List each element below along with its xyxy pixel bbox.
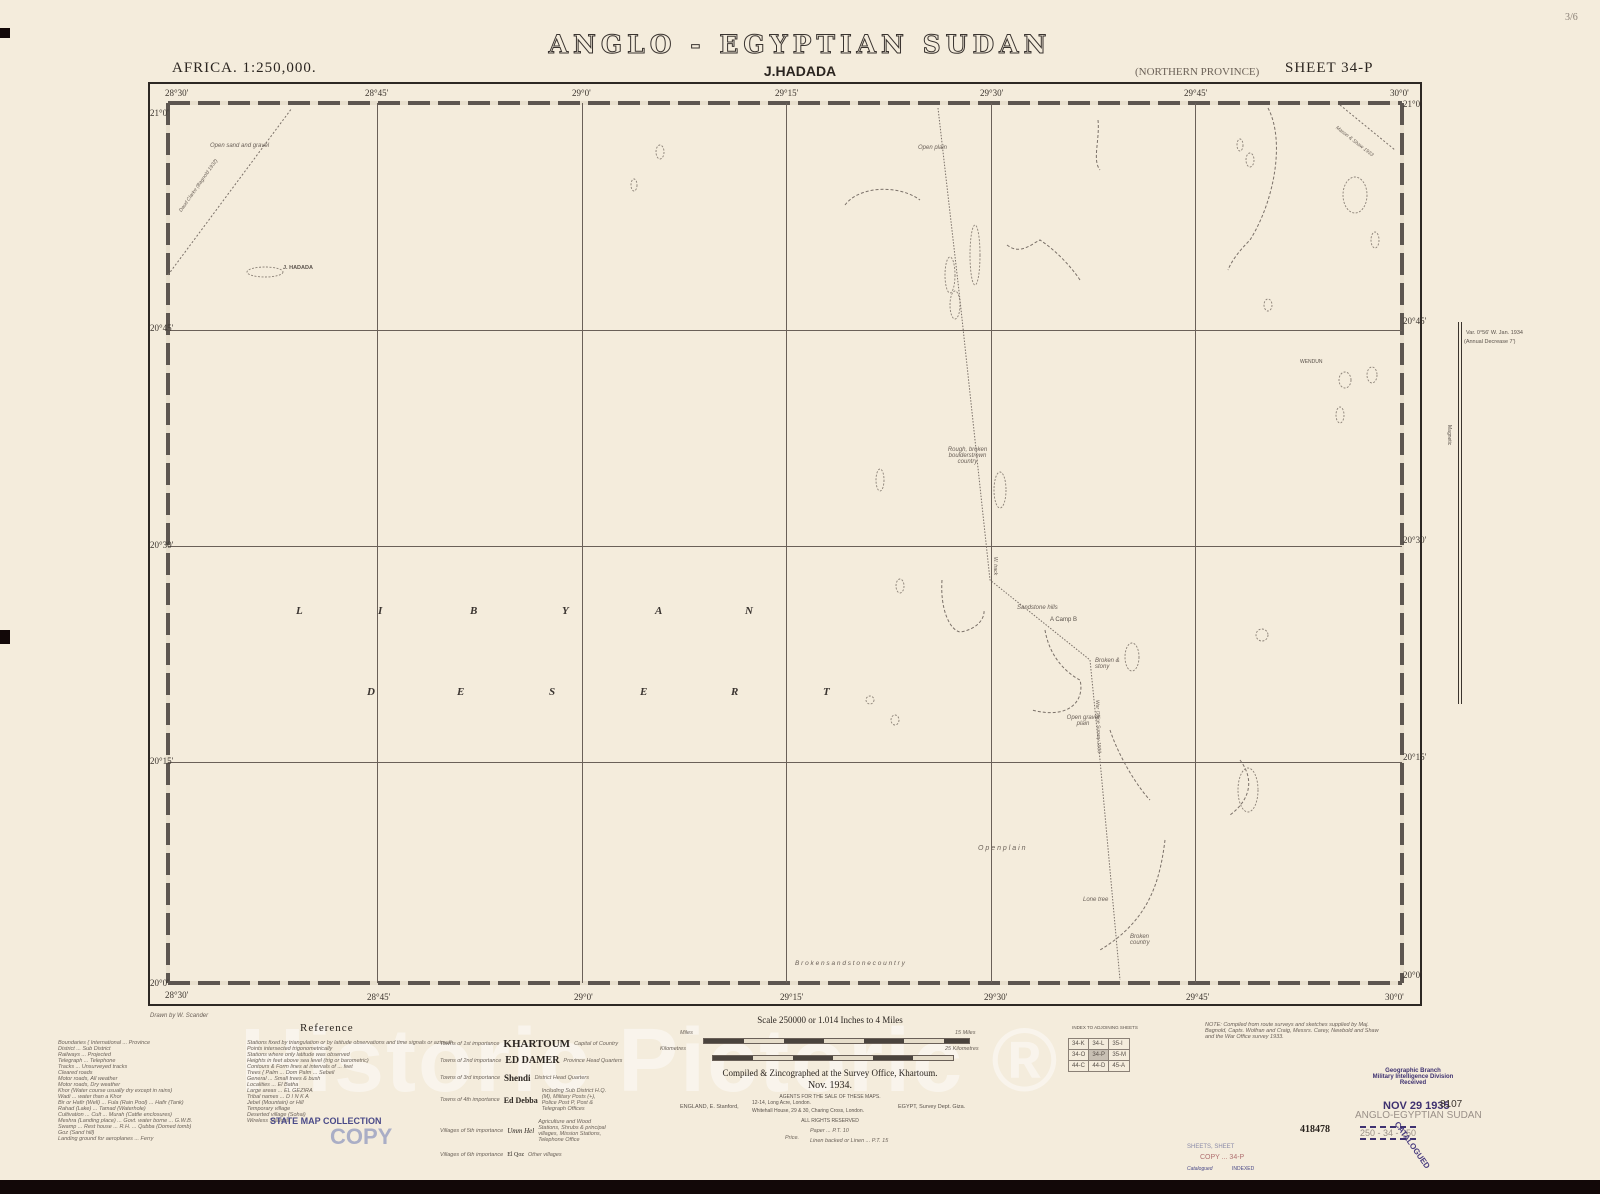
magnetic-north-arrow bbox=[1461, 322, 1462, 704]
index-title: INDEX TO ADJOINING SHEETS bbox=[1065, 1025, 1145, 1030]
indexed-label: INDEXED bbox=[1232, 1166, 1254, 1172]
place-label-hadada: J. HADADA bbox=[283, 265, 313, 271]
place-label-camp: A Camp B bbox=[1050, 617, 1077, 623]
drawn-by: Drawn by W. Scander bbox=[150, 1013, 208, 1019]
route-track bbox=[168, 108, 292, 275]
town-example: ED DAMER bbox=[505, 1055, 559, 1066]
price-paper: Paper ... P.T. 10 bbox=[810, 1128, 849, 1134]
magnetic-annual: (Annual Decrease 7') bbox=[1464, 339, 1544, 345]
terrain-label: Broken country bbox=[1130, 934, 1166, 946]
town-row: Villages of 6th importance El Qoz Other … bbox=[440, 1148, 630, 1162]
index-cell[interactable]: 34-O bbox=[1069, 1050, 1089, 1061]
route-track bbox=[938, 108, 1120, 980]
index-cell[interactable]: 34-L bbox=[1089, 1039, 1109, 1050]
index-cell[interactable]: 35-I bbox=[1109, 1039, 1130, 1050]
scale-bar-miles bbox=[703, 1038, 970, 1044]
index-cell-current[interactable]: 34-P bbox=[1089, 1050, 1109, 1061]
index-cell[interactable]: 44-D bbox=[1089, 1061, 1109, 1072]
terrain-label: Broken & stony bbox=[1095, 658, 1125, 670]
town-example: El Qoz bbox=[507, 1152, 524, 1158]
index-adjoining-sheets: 34-K 34-L 35-I 34-O 34-P 35-M 44-C 44-D … bbox=[1068, 1038, 1130, 1072]
town-example: Ed Debba bbox=[504, 1096, 538, 1105]
place-label-wendun: WENDUN bbox=[1300, 359, 1323, 365]
index-cell[interactable]: 34-K bbox=[1069, 1039, 1089, 1050]
agent-address-2: Whitehall House, 29 & 30, Charing Cross,… bbox=[752, 1108, 864, 1114]
rights-reserved: ALL RIGHTS RESERVED bbox=[660, 1118, 1000, 1124]
town-row: Villages of 5th importance Umm Hel Agric… bbox=[440, 1114, 630, 1148]
towns-legend: Towns of 1st importance KHARTOUM Capital… bbox=[440, 1035, 630, 1162]
scale-miles-label: Miles bbox=[680, 1030, 693, 1036]
receipt-stamp: Geographic Branch Military Intelligence … bbox=[1358, 1068, 1468, 1086]
compile-date: Nov. 1934. bbox=[660, 1080, 1000, 1091]
sheets-stamp: SHEETS, SHEET bbox=[1187, 1144, 1234, 1150]
legend-reference: Stations fixed by triangulation or by la… bbox=[247, 1040, 407, 1124]
town-row: Towns of 4th importance Ed Debba Includi… bbox=[440, 1086, 630, 1114]
terrain-label: O p e n p l a i n bbox=[978, 845, 1025, 852]
compiled-note: Compiled & Zincographed at the Survey Of… bbox=[660, 1068, 1000, 1078]
scale-title: Scale 250000 or 1.014 Inches to 4 Miles bbox=[700, 1015, 960, 1025]
index-cell[interactable]: 44-C bbox=[1069, 1061, 1089, 1072]
price-label: Price. bbox=[785, 1135, 799, 1141]
magnetic-label: Magnetic bbox=[1446, 425, 1452, 445]
country-stamp: ANGLO-EGYPTIAN SUDAN bbox=[1355, 1110, 1482, 1121]
index-cell[interactable]: 45-A bbox=[1109, 1061, 1130, 1072]
agent-address-1: 12-14, Long Acre, London. bbox=[752, 1100, 811, 1106]
catalogued-label: Catalogued bbox=[1187, 1166, 1213, 1172]
town-example: KHARTOUM bbox=[503, 1038, 570, 1050]
agents-title: AGENTS FOR THE SALE OF THESE MAPS. bbox=[660, 1094, 1000, 1100]
terrain-label: Rough, broken boulderstrewn country bbox=[940, 447, 995, 465]
route-label: W. track bbox=[992, 557, 998, 575]
copy-number: COPY ... 34-P bbox=[1200, 1154, 1244, 1161]
town-example: Shendi bbox=[504, 1073, 531, 1083]
agent-england: ENGLAND, E. Stanford, bbox=[680, 1104, 739, 1110]
town-row: Towns of 1st importance KHARTOUM Capital… bbox=[440, 1035, 630, 1052]
agent-egypt: EGYPT, Survey Dept. Giza. bbox=[898, 1104, 965, 1110]
index-cell[interactable]: 35-M bbox=[1109, 1050, 1130, 1061]
terrain-label: Open plain bbox=[918, 145, 947, 151]
town-example: Umm Hel bbox=[507, 1127, 534, 1135]
scale-km-end: 25 Kilometres bbox=[945, 1046, 979, 1052]
copy-stamp: COPY bbox=[330, 1124, 392, 1150]
reference-title: Reference bbox=[300, 1022, 354, 1034]
terrain-label: B r o k e n s a n d s t o n e c o u n t … bbox=[795, 960, 905, 967]
price-linen: Linen backed or Linen ... P.T. 15 bbox=[810, 1138, 888, 1144]
compilation-note: NOTE: Compiled from route surveys and sk… bbox=[1205, 1022, 1380, 1040]
scale-bar-km bbox=[712, 1055, 954, 1061]
scale-miles-end: 15 Miles bbox=[955, 1030, 975, 1036]
magnetic-variation: Var. 0°56' W. Jan. 1934 bbox=[1466, 330, 1546, 336]
terrain-label: Open sand and gravel bbox=[210, 143, 269, 149]
accession-number: 8107 bbox=[1440, 1099, 1462, 1110]
magnetic-north-arrow bbox=[1458, 322, 1459, 704]
town-row: Towns of 2nd importance ED DAMER Provinc… bbox=[440, 1052, 630, 1069]
terrain-label: Lone tree bbox=[1083, 897, 1108, 903]
legend-item: Landing ground for aeroplanes ... Ferry bbox=[58, 1136, 218, 1142]
terrain-label: Sandstone hills bbox=[1017, 605, 1058, 611]
town-row: Towns of 3rd importance Shendi District … bbox=[440, 1069, 630, 1086]
scale-km-label: Kilometres bbox=[660, 1046, 686, 1052]
legend-symbols: Boundaries { International ... Province … bbox=[58, 1040, 218, 1142]
catalog-number: 418478 bbox=[1300, 1124, 1330, 1135]
